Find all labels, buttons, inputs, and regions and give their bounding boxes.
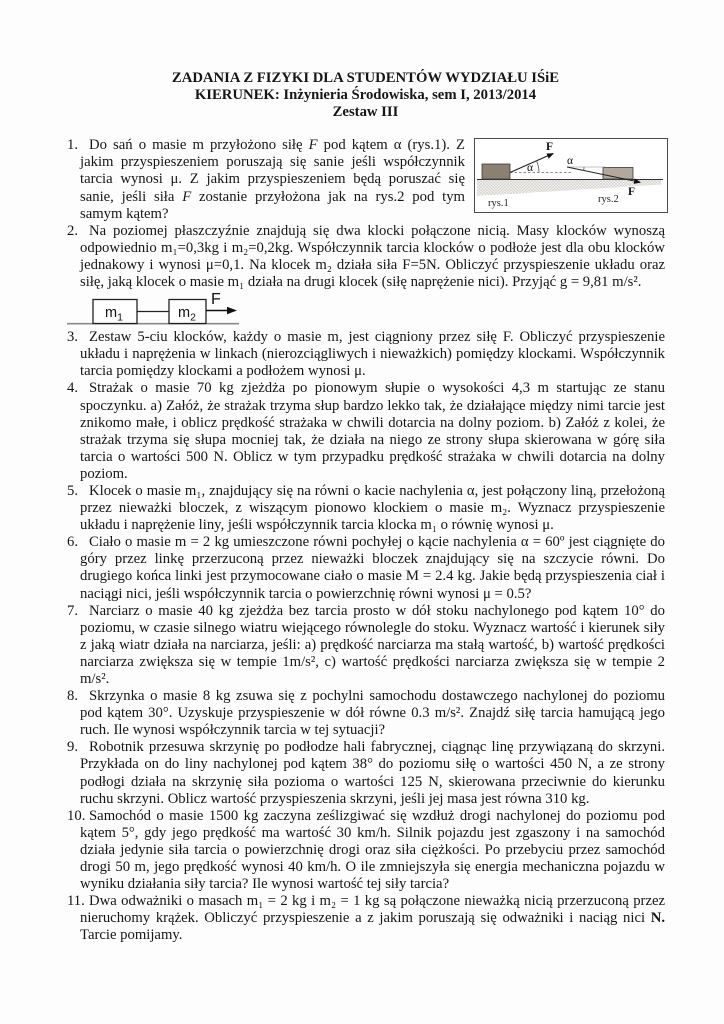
problem-number: 5. <box>67 483 89 500</box>
problem-8: 8.Skrzynka o masie 8 kg zsuwa się z poch… <box>66 688 665 739</box>
problem-10: 10.Samochód o masie 1500 kg zaczyna ześl… <box>66 808 665 893</box>
angle-label-rys1: α <box>527 162 533 174</box>
title-line-2: KIERUNEK: Inżynieria Środowiska, sem I, … <box>66 87 665 104</box>
problem-11: 11.Dwa odważniki o masach m₁ = 2 kg i m₂… <box>66 893 665 944</box>
problem-number: 7. <box>67 603 89 620</box>
problem-text: Narciarz o masie 40 kg zjeżdża bez tarci… <box>80 603 665 687</box>
document-page: ZADANIA Z FIZYKI DLA STUDENTÓW WYDZIAŁU … <box>0 0 724 1024</box>
problem-number: 11. <box>67 893 89 910</box>
problem-text: Strażak o masie 70 kg zjeżdża po pionowy… <box>80 380 665 481</box>
arrowhead <box>227 307 237 315</box>
problem-number: 6. <box>67 534 89 551</box>
problem-text: Zestaw 5-ciu klocków, każdy o masie m, j… <box>80 329 665 379</box>
problem-text: Na poziomej płaszczyźnie znajdują się dw… <box>80 223 665 290</box>
problem-2: 2.Na poziomej płaszczyźnie znajdują się … <box>66 223 665 291</box>
problem-1: F α α F rys.1 rys.2 1.Do sań o masie m p… <box>66 137 665 222</box>
problem-text: Skrzynka o masie 8 kg zsuwa się z pochyl… <box>80 688 665 738</box>
problem-4: 4.Strażak o masie 70 kg zjeżdża po piono… <box>66 380 665 483</box>
problem-number: 10. <box>67 808 89 825</box>
caption-rys2: rys.2 <box>598 194 619 205</box>
problem-number: 3. <box>67 329 89 346</box>
two-blocks-figure: m1 m2 F <box>65 292 665 328</box>
force-label: F <box>211 291 221 308</box>
force-label-rys1: F <box>546 141 553 153</box>
document-title: ZADANIA Z FIZYKI DLA STUDENTÓW WYDZIAŁU … <box>66 70 665 121</box>
problem-7: 7.Narciarz o masie 40 kg zjeżdża bez tar… <box>66 603 665 688</box>
problem-number: 9. <box>67 739 89 756</box>
problem-number: 4. <box>67 380 89 397</box>
problem-5: 5.Klocek o masie m₁, znajdujący się na r… <box>66 483 665 534</box>
problem-text: Ciało o masie m = 2 kg umieszczone równi… <box>80 534 665 601</box>
problem-number: 8. <box>67 688 89 705</box>
angle-label-rys2: α <box>567 155 573 167</box>
problem-number: 1. <box>67 137 89 154</box>
problem-text: Do sań o masie m przyłożono siłę F pod k… <box>80 137 465 221</box>
problem-text: Dwa odważniki o masach m₁ = 2 kg i m₂ = … <box>80 893 665 943</box>
sled-block-rys1 <box>482 164 510 179</box>
problem-text: Samochód o masie 1500 kg zaczyna ześlizg… <box>80 808 665 892</box>
problem-3: 3.Zestaw 5-ciu klocków, każdy o masie m,… <box>66 329 665 380</box>
problem-text: Robotnik przesuwa skrzynię po podłodze h… <box>80 739 665 806</box>
incline-forces-figure: F α α F rys.1 rys.2 <box>474 138 668 213</box>
problem-9: 9.Robotnik przesuwa skrzynię po podłodze… <box>66 739 665 807</box>
caption-rys1: rys.1 <box>488 198 509 209</box>
problem-number: 2. <box>67 223 89 240</box>
problem-list: F α α F rys.1 rys.2 1.Do sań o masie m p… <box>66 137 665 944</box>
title-line-3: Zestaw III <box>66 104 665 121</box>
force-label-rys2: F <box>628 186 635 198</box>
title-line-1: ZADANIA Z FIZYKI DLA STUDENTÓW WYDZIAŁU … <box>66 70 665 87</box>
problem-text: Klocek o masie m₁, znajdujący się na rów… <box>80 483 665 533</box>
problem-6: 6.Ciało o masie m = 2 kg umieszczone rów… <box>66 534 665 602</box>
